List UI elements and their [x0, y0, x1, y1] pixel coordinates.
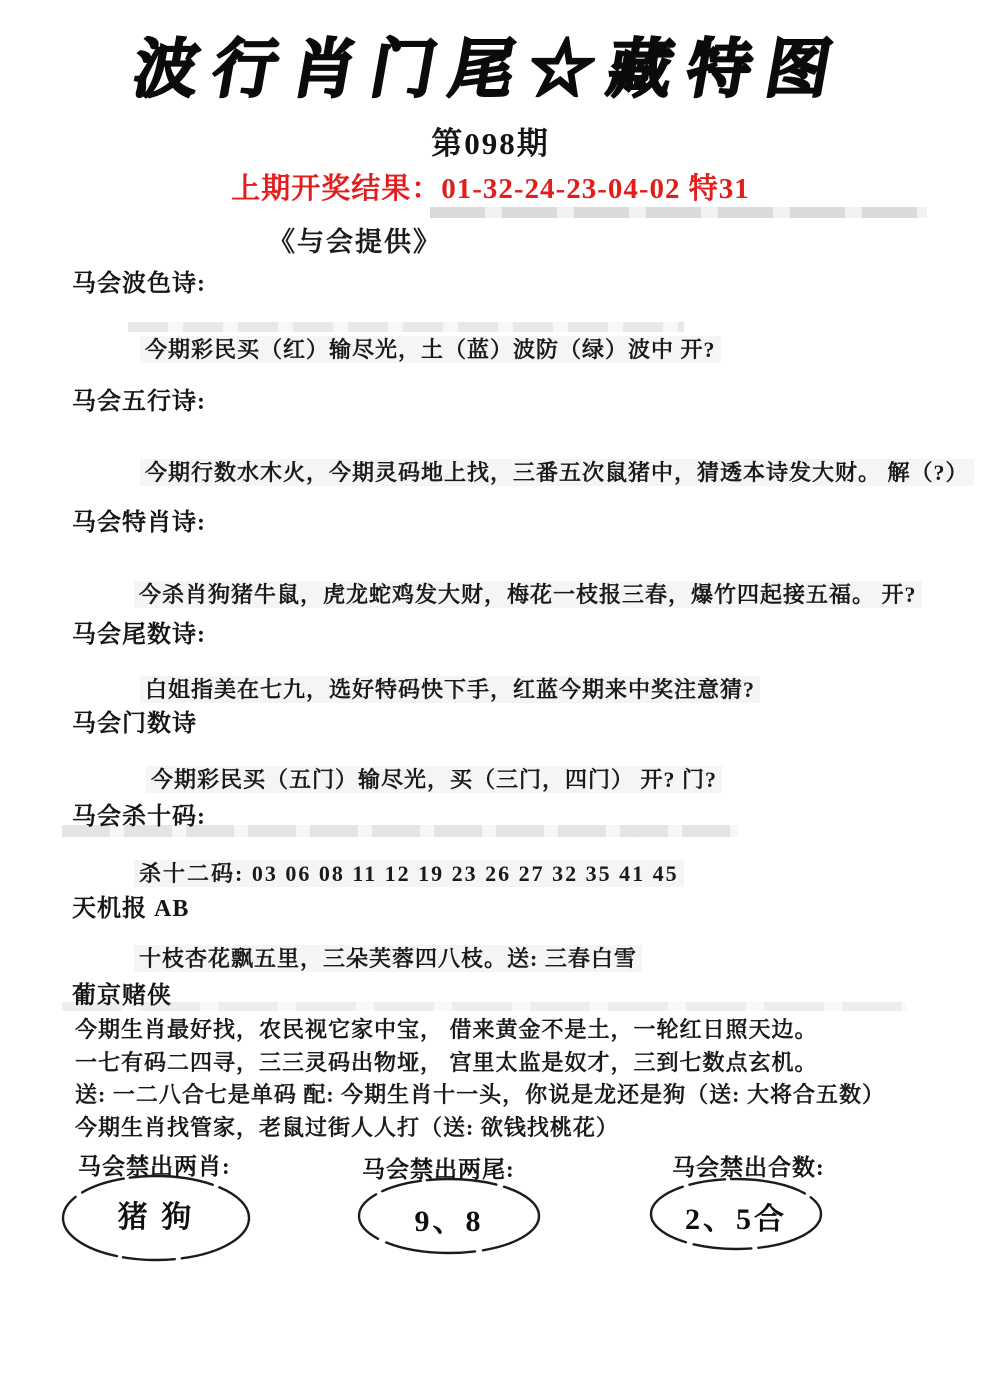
- section-label-menshu: 马会门数诗: [72, 703, 197, 738]
- poem-wuxing: 今期行数水木火，今期灵码地上找，三番五次鼠猪中，猜透本诗发大财。 解（?）: [140, 459, 974, 486]
- pujing-line: 今期生肖最好找，农民视它家中宝， 借来黄金不是土，一轮红日照天边。: [75, 1013, 818, 1044]
- section-label-wuxing: 马会五行诗:: [72, 381, 206, 416]
- forbidden-sum-value: 2、5合: [646, 1194, 826, 1238]
- section-label-pujing: 葡京赌侠: [72, 975, 172, 1010]
- scan-artifact-band: [62, 1002, 907, 1011]
- section-label-shashima: 马会杀十码:: [72, 796, 206, 831]
- issue-number: 第098期: [0, 118, 981, 163]
- poem-tianjibao: 十枝杏花飘五里，三朵芙蓉四八枝。送: 三春白雪: [134, 945, 642, 972]
- section-label-bose: 马会波色诗:: [72, 263, 206, 298]
- section-label-weishu: 马会尾数诗:: [72, 614, 206, 649]
- scan-artifact-band: [128, 322, 684, 332]
- last-draw-result: 上期开奖结果：01-32-24-23-04-02 特31: [0, 166, 981, 207]
- pujing-line: 今期生肖找管家，老鼠过街人人打（送: 欲钱找桃花）: [75, 1111, 619, 1142]
- forbidden-tail-value: 9、8: [354, 1196, 544, 1240]
- forbidden-zodiac-value: 猪 狗: [58, 1192, 254, 1236]
- killed-numbers-line: 杀十二码: 03 06 08 11 12 19 23 26 27 32 35 4…: [134, 860, 684, 887]
- scan-artifact-band: [430, 207, 927, 218]
- page-title: 波行肖门尾☆藏特图: [127, 18, 854, 110]
- pujing-line: 送: 一二八合七是单码 配: 今期生肖十一头，你说是龙还是狗（送: 大将合五数）: [75, 1078, 885, 1109]
- provider-caption: 《与会提供》: [268, 220, 442, 259]
- poem-weishu: 白姐指美在七九，选好特码快下手，红蓝今期来中奖注意猜?: [140, 676, 760, 703]
- section-label-texiao: 马会特肖诗:: [72, 502, 206, 537]
- scanned-lottery-sheet: 波行肖门尾☆藏特图 第098期 上期开奖结果：01-32-24-23-04-02…: [0, 0, 981, 1388]
- poem-menshu: 今期彩民买（五门）输尽光，买（三门，四门） 开? 门?: [146, 766, 722, 793]
- poem-bose: 今期彩民买（红）输尽光，土（蓝）波防（绿）波中 开?: [140, 336, 721, 363]
- pujing-line: 一七有码二四寻，三三灵码出物垭， 宫里太监是奴才，三到七数点玄机。: [75, 1046, 818, 1077]
- poem-texiao: 今杀肖狗猪牛鼠，虎龙蛇鸡发大财，梅花一枝报三春，爆竹四起接五福。 开?: [134, 581, 922, 608]
- section-label-tianjibao: 天机报 AB: [72, 888, 189, 923]
